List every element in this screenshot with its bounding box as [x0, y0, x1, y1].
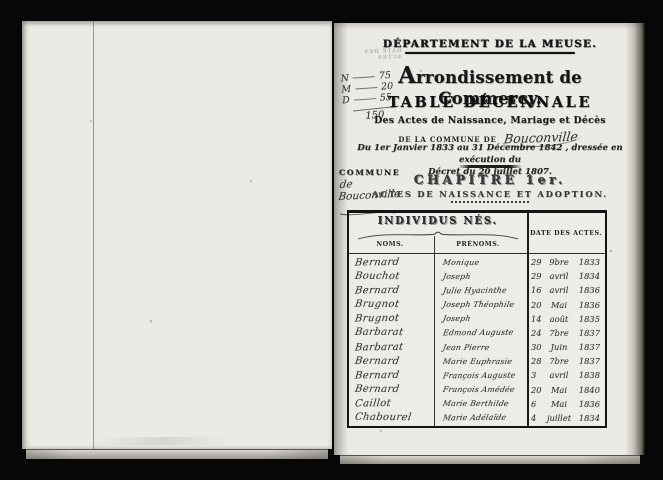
date-day: 14: [531, 314, 546, 324]
left-page-stack-edge: [26, 449, 328, 459]
date-year: 1837: [572, 328, 600, 338]
date-year: 1840: [572, 385, 600, 395]
cell-nom: Bernard: [348, 384, 435, 396]
date-year: 1837: [572, 342, 600, 352]
date-year: 1835: [572, 314, 600, 324]
date-month: 7bre: [546, 356, 572, 366]
tally-label: N: [340, 73, 349, 85]
cell-date: 6Mai1836: [527, 399, 605, 409]
period-line1: Du 1er Janvier 1833 au 31 Décembre 1842 …: [354, 142, 626, 166]
cell-prenoms: Joseph: [433, 272, 528, 281]
brace-icon: [356, 230, 520, 240]
cell-date: 16avril1836: [527, 285, 605, 295]
date-year: 1836: [572, 399, 600, 409]
cell-date: 30Juin1837: [527, 342, 605, 352]
cell-prenoms: Julie Hyacinthe: [433, 286, 528, 296]
column-header-noms: NOMS.: [349, 241, 431, 248]
table-row: Bernard Marie Euphrasie 287bre1837: [349, 354, 605, 368]
date-day: 3: [531, 370, 546, 380]
table-row: Brugnot Joseph 14août1835: [349, 312, 605, 326]
cell-nom: Chabourel: [348, 412, 435, 424]
cell-nom: Bernard: [348, 284, 434, 296]
page-crease: [52, 436, 272, 446]
date-month: 7bre: [546, 328, 572, 338]
date-day: 6: [531, 399, 546, 409]
cell-nom: Bernard: [348, 256, 434, 268]
column-header-date: DATE DES ACTES.: [527, 230, 605, 237]
cell-prenoms: Marie Berthilde: [433, 399, 528, 408]
table-row: Chabourel Marie Adélaïde 4juillet1834: [349, 411, 605, 425]
date-month: Juin: [546, 342, 572, 352]
page-deckle-edge: [625, 23, 645, 455]
dotted-rule-icon: [451, 201, 529, 203]
date-year: 1834: [572, 271, 600, 281]
date-year: 1836: [572, 300, 600, 310]
tally-label: D: [342, 95, 350, 107]
date-day: 30: [531, 342, 546, 352]
date-year: 1837: [572, 356, 600, 366]
cell-prenoms: Jean Pierre: [433, 343, 528, 352]
table-row: Bernard François Auguste 3avril1838: [349, 368, 605, 382]
left-blank-page: [22, 21, 332, 449]
departement-title: DÉPARTEMENT DE LA MEUSE.: [354, 38, 626, 50]
date-day: 20: [531, 385, 546, 395]
cell-nom: Brugnot: [348, 313, 434, 325]
book-scan: { "doc": { "header": { "departement": "D…: [0, 0, 663, 480]
date-month: avril: [546, 370, 572, 380]
cell-date: 20Mai1840: [527, 385, 605, 395]
date-month: août: [546, 314, 572, 324]
cell-nom: Brugnot: [348, 299, 435, 311]
date-month: 9bre: [546, 257, 572, 267]
cell-prenoms: Joseph Théophile: [433, 300, 528, 309]
date-year: 1836: [572, 285, 600, 295]
cell-date: 247bre1837: [527, 328, 605, 338]
column-header-prenoms: PRÉNOMS.: [437, 241, 519, 248]
date-month: Mai: [546, 385, 572, 395]
date-day: 29: [531, 257, 546, 267]
chapitre-title: CHAPITRE 1er.: [354, 172, 626, 187]
date-month: juillet: [546, 413, 572, 423]
table-group-header: INDIVIDUS NÉS.: [349, 216, 527, 227]
cell-date: 14août1835: [527, 314, 605, 324]
date-day: 24: [531, 328, 546, 338]
table-header-rule: [349, 253, 605, 254]
cell-nom: Barbarat: [348, 327, 435, 339]
table-row: Brugnot Joseph Théophile 20Mai1836: [349, 298, 605, 312]
departement-heading: DÉPARTEMENT DE LA MEUSE.: [354, 38, 626, 54]
cell-prenoms: François Amédée: [433, 385, 528, 394]
paper-specks: [0, 0, 2, 2]
cell-prenoms: Monique: [433, 258, 528, 267]
table-row: Bouchot Joseph 29avril1834: [349, 269, 605, 283]
dotted-divider: [354, 199, 626, 203]
cell-date: 20Mai1836: [527, 300, 605, 310]
cell-nom: Bouchot: [348, 270, 435, 282]
date-day: 28: [531, 356, 546, 366]
cell-prenoms: Marie Euphrasie: [433, 357, 528, 366]
page-fold-line: [93, 21, 94, 449]
table-row: Bernard François Amédée 20Mai1840: [349, 383, 605, 397]
table-decennale-page: DATE DES ACTES N 75 M 20 D 55 150 DÉPART…: [334, 23, 645, 455]
table-row: Caillot Marie Berthilde 6Mai1836: [349, 397, 605, 411]
cell-prenoms: Edmond Auguste: [433, 328, 528, 338]
cell-prenoms: François Auguste: [433, 371, 528, 381]
date-month: avril: [546, 285, 572, 295]
table-rows: Bernard Monique 299bre1833 Bouchot Josep…: [349, 255, 605, 425]
cell-date: 4juillet1834: [527, 413, 605, 423]
cell-nom: Caillot: [348, 398, 434, 410]
date-month: avril: [546, 271, 572, 281]
fleuron-rule-icon: [458, 165, 522, 168]
date-year: 1834: [572, 413, 600, 423]
cell-prenoms: Marie Adélaïde: [433, 413, 528, 423]
cell-nom: Bernard: [348, 355, 435, 367]
cell-date: 287bre1837: [527, 356, 605, 366]
cell-date: 29avril1834: [527, 271, 605, 281]
cell-date: 3avril1838: [527, 370, 605, 380]
date-month: Mai: [546, 399, 572, 409]
date-day: 16: [531, 285, 546, 295]
page-subtitle: Des Actes de Naissance, Mariage et Décès: [354, 115, 626, 126]
chapitre-subtitle: ACTES DE NAISSANCE ET ADOPTION.: [354, 189, 626, 199]
date-year: 1833: [572, 257, 600, 267]
tally-label: M: [341, 84, 351, 96]
table-row: Barbarat Jean Pierre 30Juin1837: [349, 340, 605, 354]
acts-table: INDIVIDUS NÉS. NOMS. PRÉNOMS. DATE DES A…: [347, 210, 607, 428]
date-day: 29: [531, 271, 546, 281]
date-month: Mai: [546, 300, 572, 310]
right-page-stack-edge: [340, 455, 640, 464]
table-row: Bernard Julie Hyacinthe 16avril1836: [349, 283, 605, 297]
cell-date: 299bre1833: [527, 257, 605, 267]
date-year: 1838: [572, 370, 600, 380]
table-row: Barbarat Edmond Auguste 247bre1837: [349, 326, 605, 340]
departement-underline: [405, 52, 575, 54]
page-title: TABLE DÉCENNALE: [354, 94, 626, 111]
date-day: 20: [531, 300, 546, 310]
cell-nom: Bernard: [348, 369, 434, 381]
date-day: 4: [531, 413, 546, 423]
cell-nom: Barbarat: [348, 341, 434, 353]
table-row: Bernard Monique 299bre1833: [349, 255, 605, 269]
cell-prenoms: Joseph: [433, 314, 528, 323]
